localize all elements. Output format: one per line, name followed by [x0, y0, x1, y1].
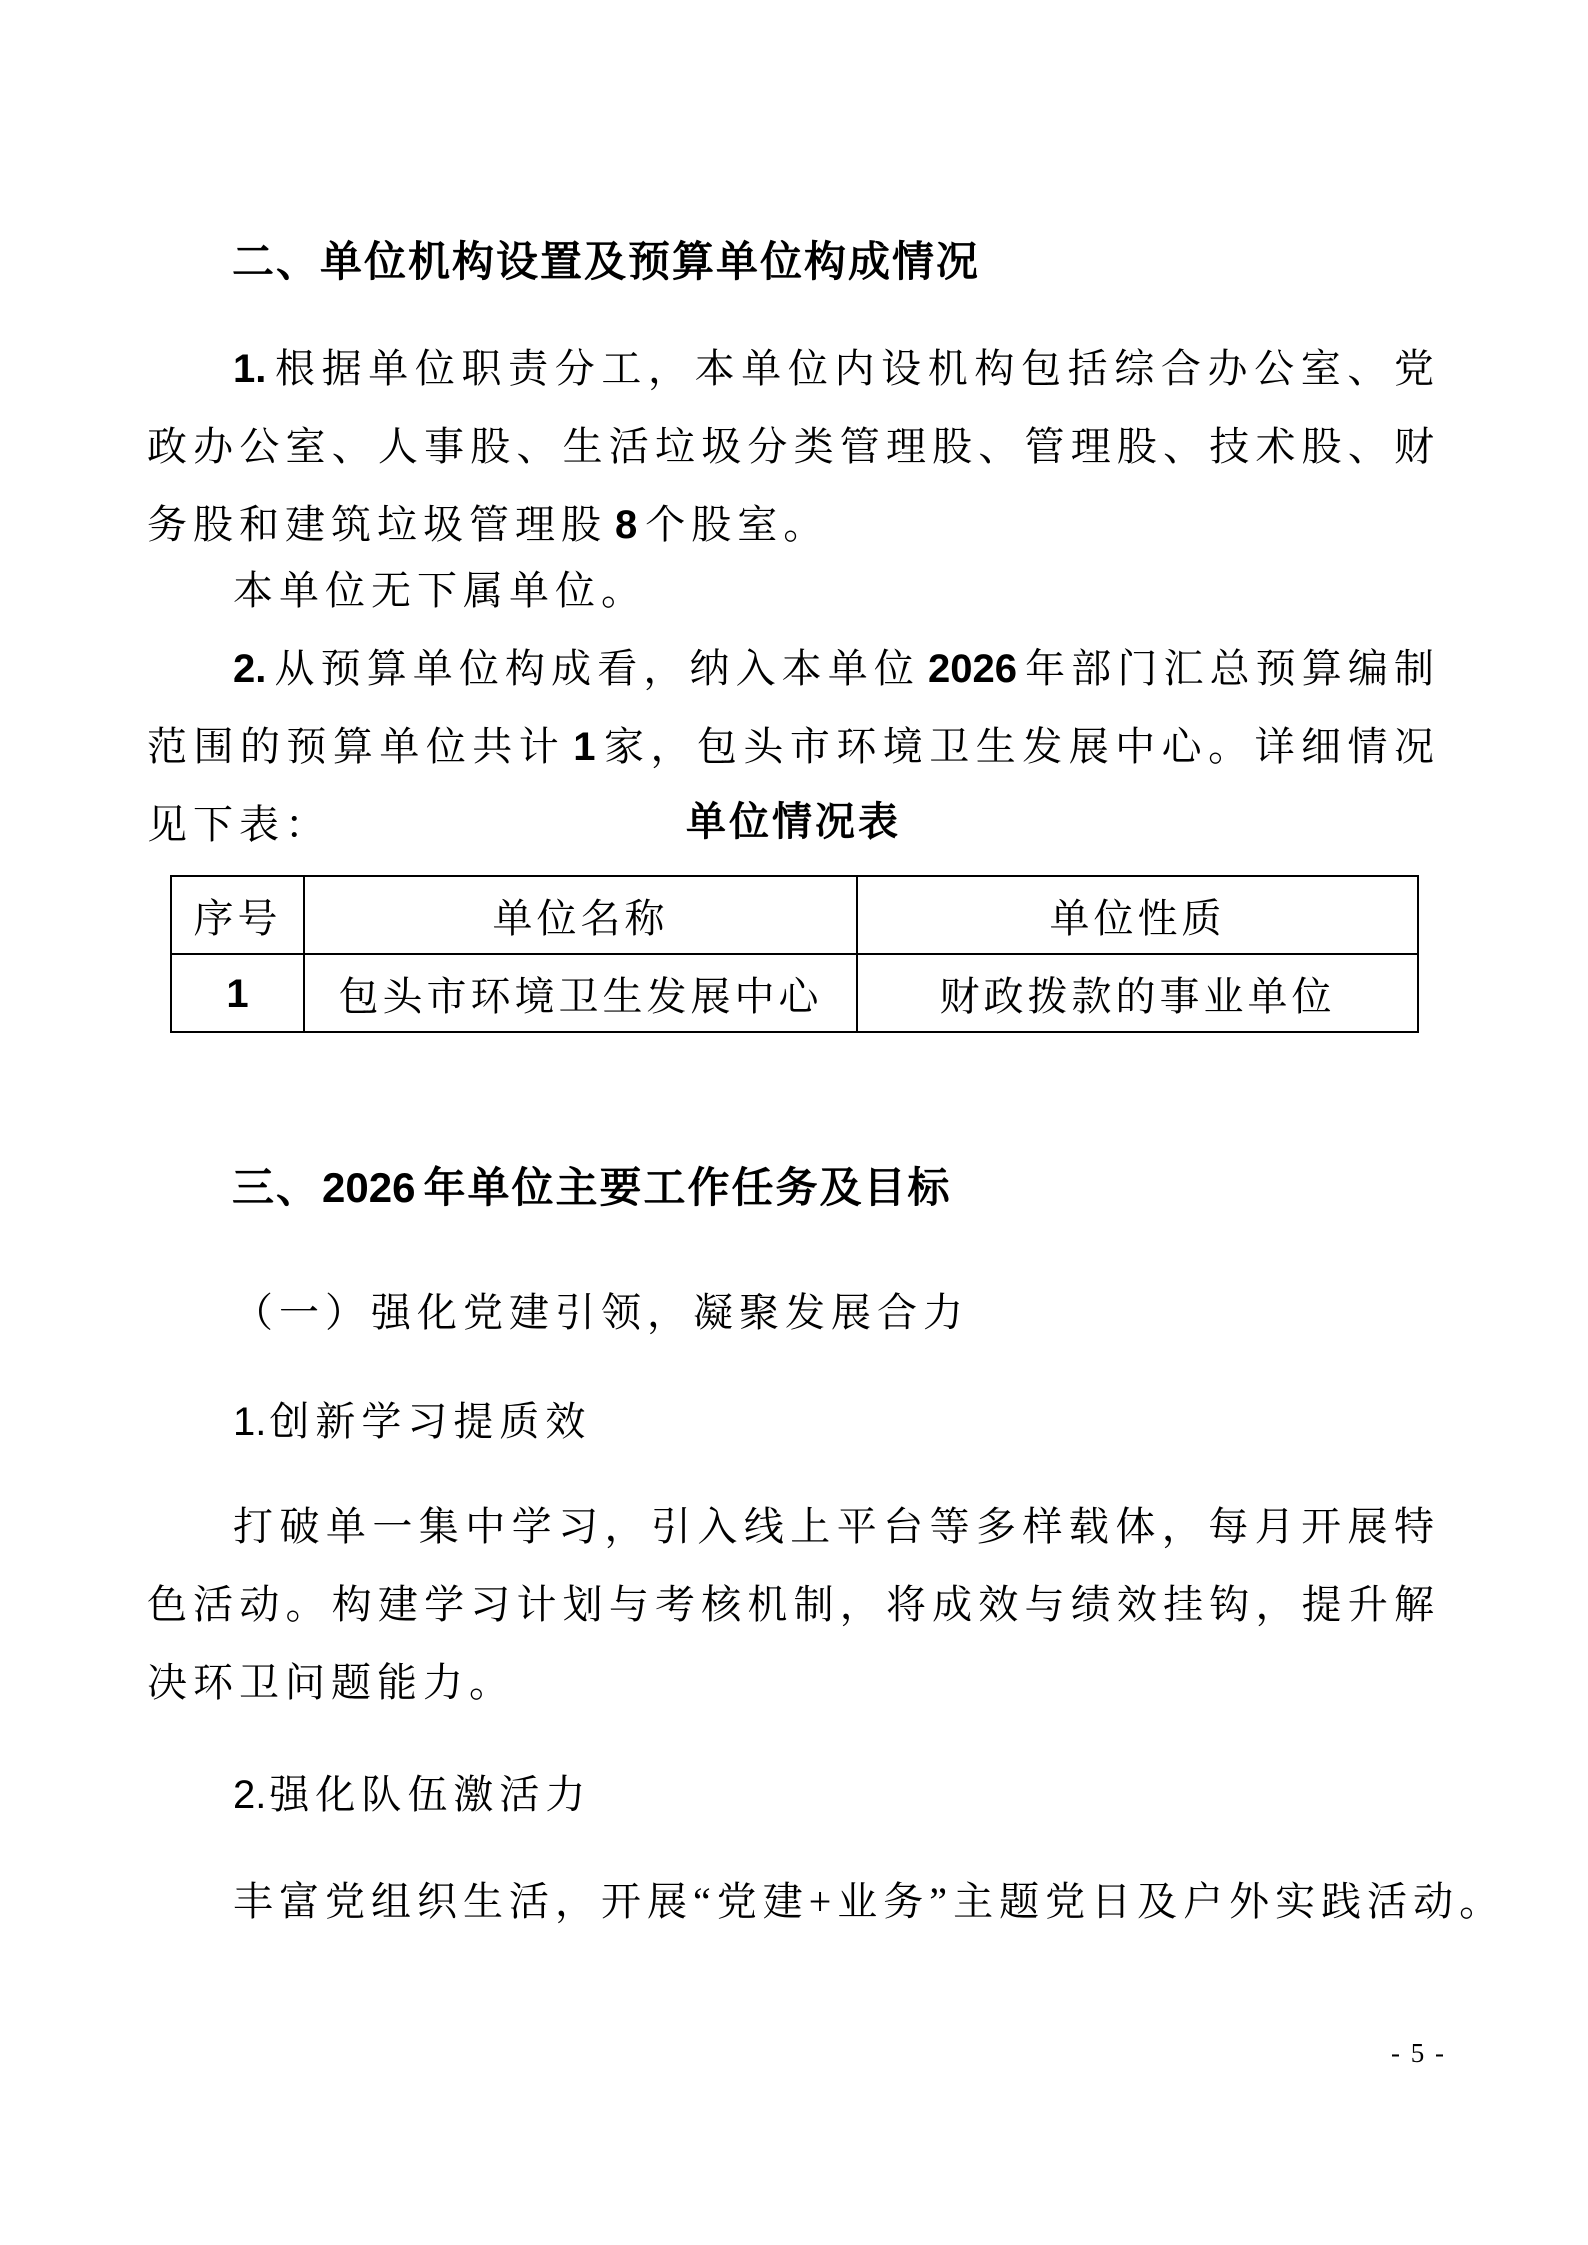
- table-header-cell-unit-name: 单位名称: [304, 876, 857, 954]
- section-2-paragraph-2: 本单位无下属单位。: [147, 552, 1440, 630]
- paragraph-text: 个股室。: [645, 502, 829, 547]
- section-2-paragraph-1: 1.根据单位职责分工，本单位内设机构包括综合办公室、党政办公室、人事股、生活垃圾…: [147, 330, 1440, 564]
- heading-text: 三、: [232, 1164, 320, 1211]
- inline-number: 2026: [928, 647, 1017, 691]
- heading-year: 2026: [322, 1164, 415, 1211]
- paragraph-number: 1.: [233, 347, 266, 391]
- subheading-text: 强化队伍激活力: [269, 1772, 591, 1817]
- table-cell-unit-type: 财政拨款的事业单位: [857, 954, 1418, 1032]
- table-row: 1 包头市环境卫生发展中心 财政拨款的事业单位: [171, 954, 1418, 1032]
- subheading-number: 1.: [233, 1400, 266, 1444]
- subheading-number: 2.: [233, 1773, 266, 1817]
- section-2-heading: 二、单位机构设置及预算单位构成情况: [232, 232, 980, 292]
- table-header-cell-unit-type: 单位性质: [857, 876, 1418, 954]
- table-header-cell-index: 序号: [171, 876, 304, 954]
- paragraph-text: 从预算单位构成看，纳入本单位: [274, 646, 920, 691]
- section-3-subheading-1: （一）强化党建引领，凝聚发展合力: [147, 1274, 1440, 1352]
- row-number: 1: [226, 972, 248, 1016]
- table-cell-index: 1: [171, 954, 304, 1032]
- section-3-paragraph-1: 打破单一集中学习，引入线上平台等多样载体，每月开展特色活动。构建学习计划与考核机…: [147, 1488, 1440, 1722]
- paragraph-number: 2.: [233, 647, 266, 691]
- section-3-subheading-1-1: 1.创新学习提质效: [147, 1383, 1440, 1461]
- table-title: 单位情况表: [147, 792, 1440, 852]
- section-3-heading: 三、2026年单位主要工作任务及目标: [232, 1158, 951, 1218]
- section-3-subheading-1-2: 2.强化队伍激活力: [147, 1756, 1440, 1834]
- inline-number: 1: [573, 725, 595, 769]
- table-cell-unit-name: 包头市环境卫生发展中心: [304, 954, 857, 1032]
- inline-number: 8: [615, 503, 637, 547]
- document-page: 二、单位机构设置及预算单位构成情况 1.根据单位职责分工，本单位内设机构包括综合…: [0, 0, 1588, 2245]
- section-3-paragraph-2: 丰富党组织生活，开展“党建+业务”主题党日及户外实践活动。: [147, 1863, 1440, 1941]
- table-header-row: 序号 单位名称 单位性质: [171, 876, 1418, 954]
- page-number: - 5 -: [1391, 2038, 1446, 2069]
- heading-text: 年单位主要工作任务及目标: [423, 1164, 951, 1211]
- unit-info-table: 序号 单位名称 单位性质 1 包头市环境卫生发展中心 财政拨款的事业单位: [170, 875, 1419, 1033]
- subheading-text: 创新学习提质效: [269, 1399, 591, 1444]
